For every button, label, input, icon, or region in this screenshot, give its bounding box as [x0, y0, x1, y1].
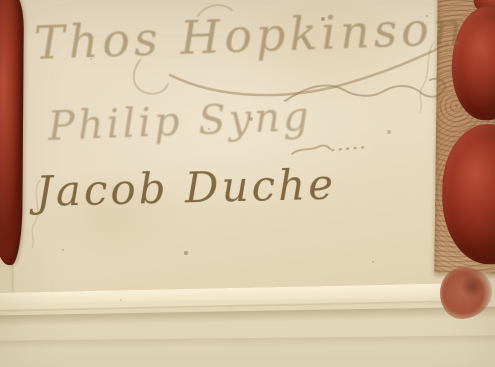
signature-paper-strip: [10, 0, 450, 303]
wax-seal-right-top: [451, 6, 495, 121]
wax-seal-right-bottom: [441, 124, 495, 265]
document-photo: Thos Hopkinson Philip Syng Jacob Duche: [0, 0, 495, 367]
seal-backing-strip: [434, 0, 495, 273]
wax-seal-left: [0, 0, 24, 265]
parchment-crease: [0, 335, 495, 349]
wax-seal-remnant: [440, 267, 492, 319]
